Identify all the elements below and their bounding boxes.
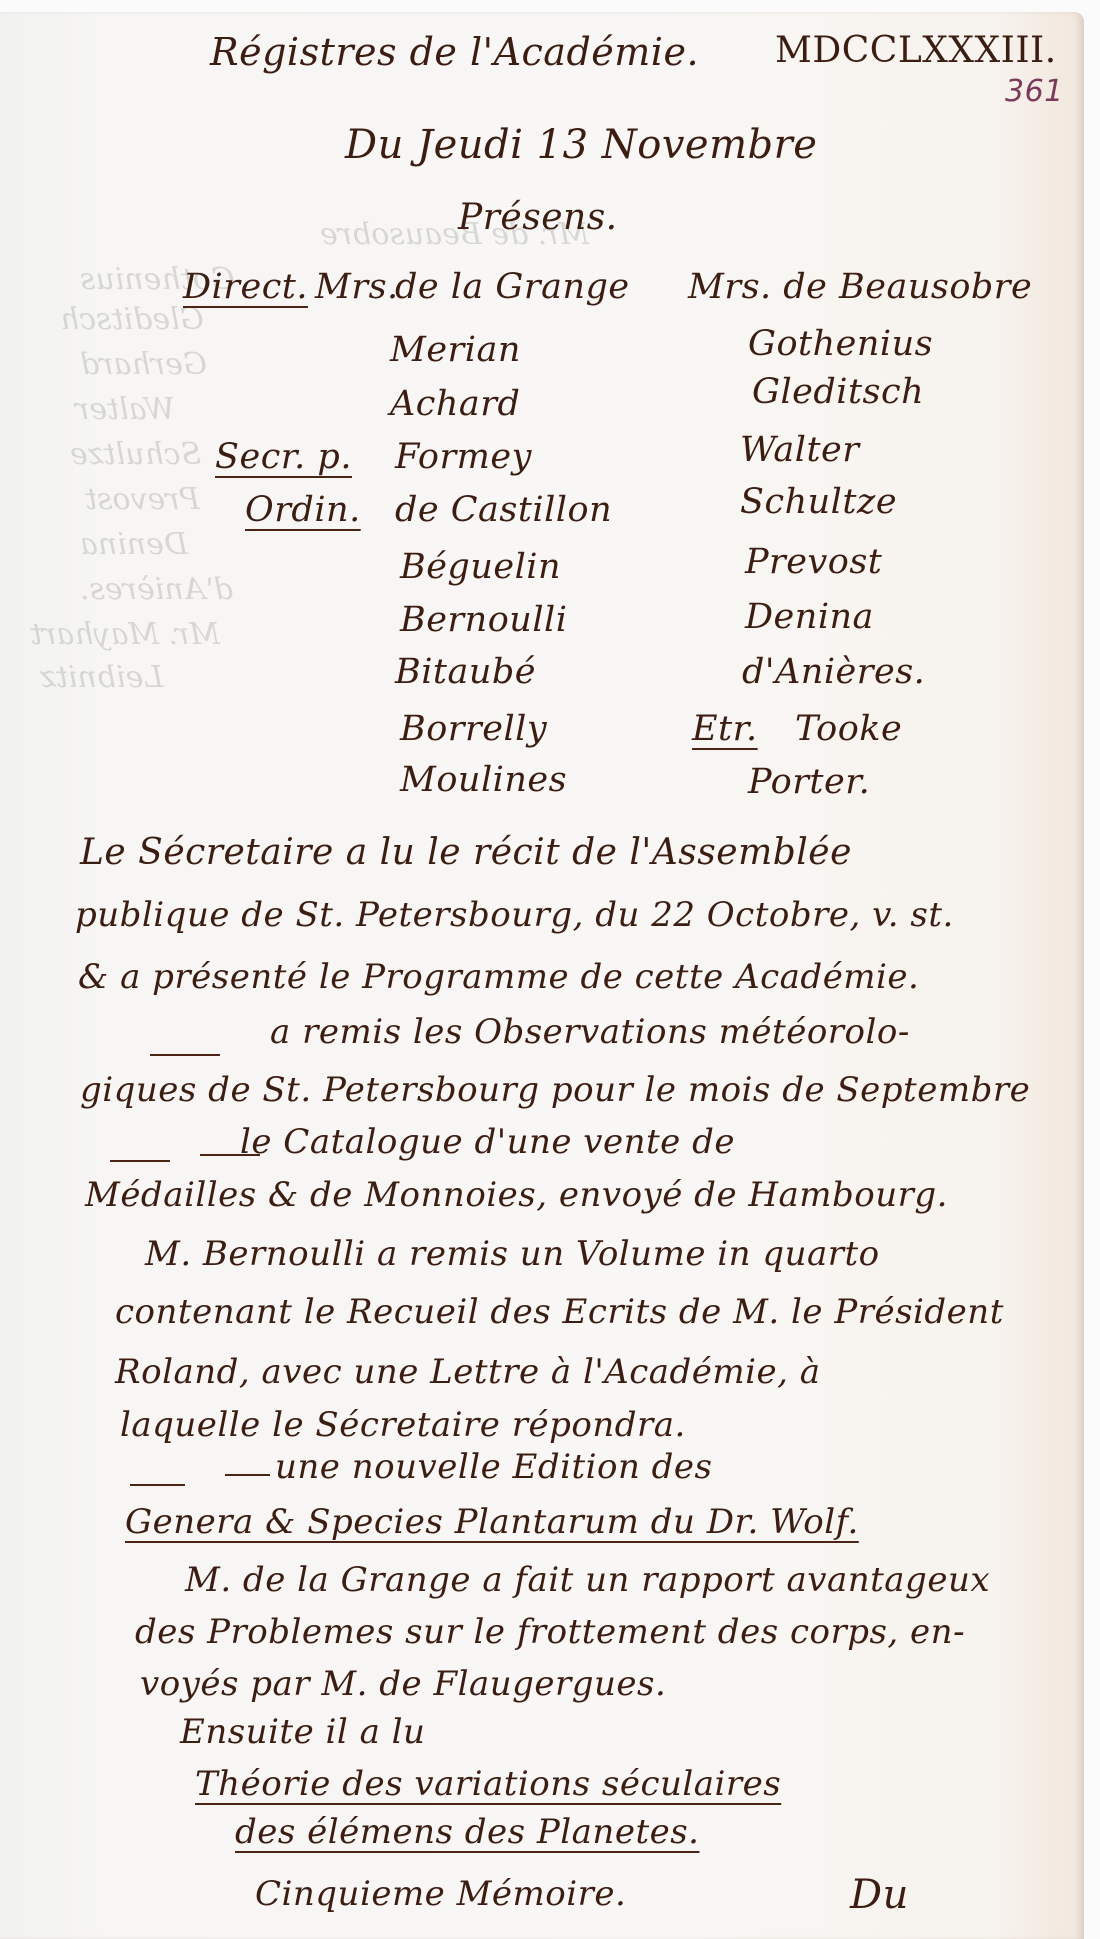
bleed-through-text: Walter: [75, 392, 175, 427]
minutes-line: Cinquieme Mémoire.: [255, 1874, 626, 1914]
member-name: Bitaubé: [395, 652, 536, 692]
memoir-title-line: Théorie des variations séculaires: [195, 1764, 781, 1804]
minutes-line: Roland, avec une Lettre à l'Académie, à: [115, 1352, 821, 1392]
role-ordinary-label: Ordin.: [245, 490, 361, 530]
bleed-through-text: Leibnitz: [40, 660, 163, 695]
member-name: Prevost: [745, 542, 882, 582]
ditto-dash: [225, 1474, 270, 1476]
memoir-title-line: des élémens des Planetes.: [235, 1812, 700, 1852]
member-name: Borrelly: [400, 709, 547, 749]
catchword: Du: [850, 1872, 909, 1918]
minutes-line: Ensuite il a lu: [180, 1712, 425, 1752]
member-name: Schultze: [740, 482, 897, 522]
member-name: Mrs. de Beausobre: [688, 267, 1032, 307]
minutes-line: & a présenté le Programme de cette Acadé…: [78, 957, 919, 997]
minutes-line: laquelle le Sécretaire répondra.: [120, 1405, 686, 1445]
role-secretary-label: Secr. p.: [215, 437, 352, 477]
member-name: de la Grange: [395, 267, 630, 307]
ditto-dash: [150, 1054, 220, 1056]
member-name: Gleditsch: [752, 372, 924, 412]
register-title: Régistres de l'Académie.: [210, 30, 699, 74]
session-date: Du Jeudi 13 Novembre: [345, 122, 817, 168]
member-name: Moulines: [400, 760, 567, 800]
member-name: Béguelin: [400, 547, 561, 587]
member-name: Formey: [395, 437, 532, 477]
minutes-line: voyés par M. de Flaugergues.: [140, 1664, 666, 1704]
present-heading: Présens.: [458, 197, 618, 238]
register-year: MDCCLXXXIII.: [775, 30, 1057, 71]
member-name: Denina: [745, 597, 874, 637]
minutes-line: une nouvelle Edition des: [275, 1447, 713, 1487]
minutes-line: giques de St. Petersbourg pour le mois d…: [80, 1070, 1030, 1110]
left-prefix: Mrs.: [315, 267, 399, 307]
member-name: Gothenius: [748, 324, 933, 364]
manuscript-page: Mr. de Beausobre Gothenius Gleditsch Ger…: [0, 12, 1084, 1939]
minutes-line: M. Bernoulli a remis un Volume in quarto: [145, 1234, 880, 1274]
minutes-line: a remis les Observations météorolo-: [270, 1012, 910, 1052]
bleed-through-text: Mr. Mayhart: [30, 617, 220, 652]
ditto-dash: [110, 1160, 170, 1162]
member-name: Merian: [390, 330, 521, 370]
bleed-through-text: Gleditsch: [60, 302, 204, 337]
minutes-line: le Catalogue d'une vente de: [240, 1122, 735, 1162]
ditto-dash: [130, 1484, 185, 1486]
bleed-through-text: Prevost: [85, 482, 200, 517]
bleed-through-text: Gerhard: [80, 347, 207, 382]
minutes-line: contenant le Recueil des Ecrits de M. le…: [115, 1292, 1004, 1332]
minutes-line: des Problemes sur le frottement des corp…: [135, 1612, 965, 1652]
role-foreign-label: Etr.: [692, 709, 758, 749]
minutes-line: Médailles & de Monnoies, envoyé de Hambo…: [85, 1175, 948, 1215]
member-name: Walter: [740, 430, 860, 470]
minutes-line: Le Sécretaire a lu le récit de l'Assembl…: [80, 832, 852, 873]
member-name: Bernoulli: [400, 600, 567, 640]
member-name: Porter.: [748, 762, 870, 802]
minutes-line: publique de St. Petersbourg, du 22 Octob…: [75, 895, 954, 935]
role-director-label: Direct.: [183, 267, 308, 307]
minutes-line: Genera & Species Plantarum du Dr. Wolf.: [125, 1502, 859, 1542]
bleed-through-text: Schultze: [70, 437, 201, 472]
folio-number: 361: [1005, 74, 1064, 109]
member-name: Tooke: [795, 709, 902, 749]
bleed-through-text: Denina: [80, 527, 188, 562]
member-name: Achard: [390, 384, 520, 424]
minutes-line: M. de la Grange a fait un rapport avanta…: [185, 1560, 990, 1600]
bleed-through-text: d'Anières.: [80, 572, 233, 607]
member-name: de Castillon: [395, 490, 612, 530]
member-name: d'Anières.: [742, 652, 925, 692]
